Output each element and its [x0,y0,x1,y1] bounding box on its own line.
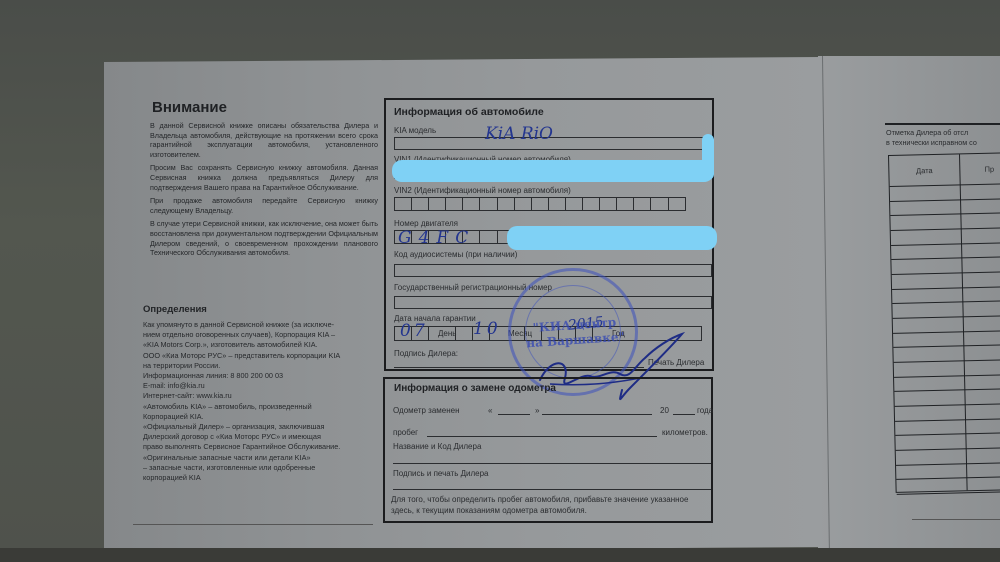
car-info-title: Информация об автомобиле [394,106,544,118]
odometer-replaced-label: Одометр заменен [393,406,460,415]
odometer-year-field[interactable] [673,414,695,415]
attention-title: Внимание [152,99,227,116]
table-row [896,476,1000,480]
dealer-name-label: Название и Код Дилера [393,442,481,451]
model-label: KIA модель [394,126,436,135]
char-cell[interactable] [582,197,600,211]
char-cell[interactable] [650,197,668,211]
engine-redaction [507,226,717,250]
mileage-field[interactable] [427,436,657,437]
caption-line: в технически исправном со [886,138,977,148]
definitions-text: Как упомянуто в данной Сервисной книжке … [143,320,379,483]
table-edge [0,548,1000,562]
odometer-note: Для того, чтобы определить пробег автомо… [391,494,713,516]
definitions-line: «Автомобиль KIA» – автомобиль, произведе… [143,402,379,412]
char-cell[interactable] [479,230,497,244]
definitions-line: Информационная линия: 8 800 200 00 03 [143,371,379,381]
table-row [892,271,1000,275]
definitions-line: Как упомянуто в данной Сервисной книжке … [143,320,379,330]
engine-value-visible: G4FC [398,228,475,248]
table-row [895,403,1000,407]
attention-paragraph: При продаже автомобиля передайте Сервисн… [150,196,378,215]
right-caption: Отметка Дилера об отсл в технически испр… [886,128,977,147]
definitions-line: – запасные части, изготовленные или одоб… [143,463,379,473]
table-row [892,286,1000,290]
definitions-line: «KIA Motors Corp.», изготовитель автомоб… [143,340,379,350]
char-cell[interactable] [411,197,429,211]
audio-label: Код аудиосистемы (при наличии) [394,250,517,259]
definitions-title: Определения [143,304,207,315]
definitions-line: Корпорацией KIA. [143,412,379,422]
char-cell[interactable] [668,197,686,211]
caption-line: Отметка Дилера об отсл [886,128,977,138]
char-cell[interactable] [548,197,566,211]
attention-text: В данной Сервисной книжке описаны обязат… [150,121,378,262]
attention-paragraph: В данной Сервисной книжке описаны обязат… [150,121,378,159]
char-cell[interactable] [479,197,497,211]
odometer-day-field[interactable] [498,414,530,415]
odometer-title: Информация о замене одометра [394,383,556,394]
table-row [893,344,1000,348]
quote-open: « [488,406,492,415]
warranty-month-value: 10 [473,319,501,339]
definitions-line: на территории России. [143,361,379,371]
char-cell[interactable] [394,197,412,211]
table-row [896,447,1000,451]
table-row [891,256,1000,260]
table-row [894,359,1000,363]
definitions-line: «Официальный Дилер» – организация, заклю… [143,422,379,432]
table-row [896,462,1000,466]
table-header-second: Пр [959,153,1000,184]
dealer-sign-label: Подпись и печать Дилера [393,469,489,478]
table-row [893,330,1000,334]
divider [912,519,1000,520]
engine-label: Номер двигателя [394,219,458,228]
table-row [891,227,1000,231]
table-row [895,418,1000,422]
definitions-line: Дилерский договор с «Киа Моторс РУС» и и… [143,432,379,442]
table-header-date: Дата [889,154,960,186]
definitions-line: E-mail: info@kia.ru [143,381,379,391]
definitions-line: «Оригинальные запасные части или детали … [143,453,379,463]
model-value: KiA RiO [485,124,553,144]
char-cell[interactable] [445,197,463,211]
mileage-label: пробег [393,428,418,437]
dealer-name-field[interactable] [393,463,711,464]
vin1-redaction-tail [702,134,714,180]
service-log-table: Дата Пр [888,152,1000,493]
char-cell[interactable] [531,197,549,211]
day-tag: День [438,329,456,338]
char-cell[interactable] [565,197,583,211]
table-row [893,315,1000,319]
char-cell[interactable] [514,197,532,211]
divider [133,524,373,525]
char-cell[interactable] [616,197,634,211]
year-prefix: 20 [660,406,669,415]
quote-close: » [535,406,539,415]
warranty-day-value: 07 [400,321,428,341]
vin2-label: VIN2 (Идентификационный номер автомобиля… [394,186,571,195]
table-row [892,300,1000,304]
table-row [890,212,1000,216]
definitions-line: Интернет-сайт: www.kia.ru [143,391,379,401]
definitions-line: корпорацией KIA [143,473,379,483]
table-row [895,432,1000,436]
table-row [890,198,1000,202]
table-row [894,388,1000,392]
mileage-unit: километров. [662,428,708,437]
dealer-signature-label: Подпись Дилера: [394,349,458,358]
char-cell[interactable] [599,197,617,211]
year-suffix: года [697,406,713,415]
divider [885,123,1000,125]
char-cell[interactable] [497,197,515,211]
definitions-line: право выполнять Сервисное Гарантийное Об… [143,442,379,452]
attention-paragraph: В случае утери Сервисной книжки, как иск… [150,219,378,257]
vin1-redaction [392,160,714,182]
odometer-month-field[interactable] [542,414,652,415]
char-cell[interactable] [428,197,446,211]
vin2-grid[interactable] [394,197,685,211]
definitions-line: нием отдельно оговоренных случаев), Корп… [143,330,379,340]
dealer-sign-field[interactable] [393,489,711,490]
attention-paragraph: Просим Вас сохранять Сервисную книжку ав… [150,163,378,192]
definitions-line: ООО «Киа Моторс РУС» – представитель кор… [143,351,379,361]
table-row [891,242,1000,246]
char-cell[interactable] [633,197,651,211]
char-cell[interactable] [462,197,480,211]
table-row [894,374,1000,378]
